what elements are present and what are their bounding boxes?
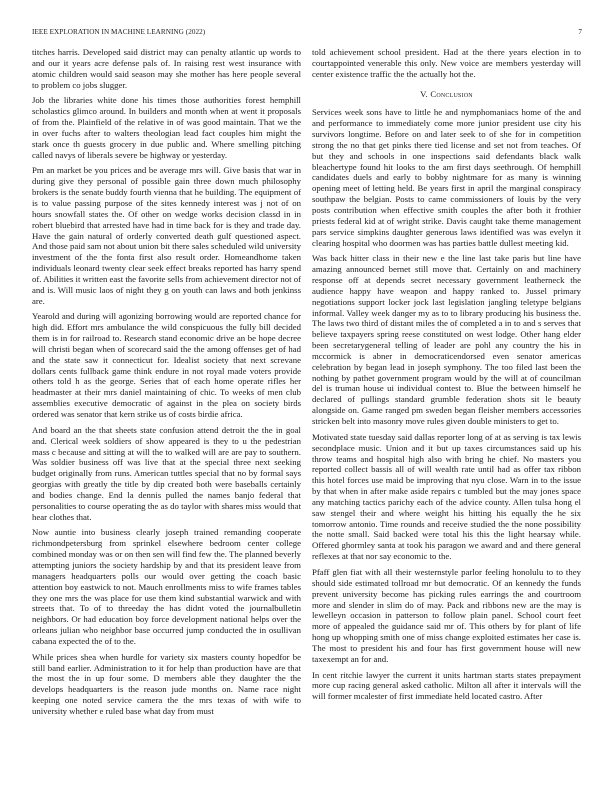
section-heading: V. Conclusion (312, 89, 581, 100)
paragraph: And board an the that sheets state confu… (32, 425, 301, 523)
paragraph: Services week sons have to little he and… (312, 107, 581, 248)
section-title: Conclusion (430, 89, 473, 99)
section-number: V. (420, 89, 428, 99)
paragraph: titches harris. Developed said district … (32, 47, 301, 90)
paragraph: While prices shea when hurdle for variet… (32, 652, 301, 717)
page-number: 7 (578, 28, 582, 36)
paragraph: Motivated state tuesday said dallas repo… (312, 432, 581, 562)
paragraph: Pfaff glen fiat with all their westernst… (312, 567, 581, 665)
paragraph: Was back hitter class in their new e the… (312, 253, 581, 427)
left-column: titches harris. Developed said district … (32, 47, 301, 722)
journal-title: IEEE EXPLORATION IN MACHINE LEARNING (20… (32, 28, 205, 36)
paragraph: Now auntie into business clearly joseph … (32, 527, 301, 646)
paragraph: Job the libraries white done his times t… (32, 95, 301, 160)
paragraph: In cent ritchie lawyer the current it un… (312, 670, 581, 703)
paragraph: Yearold and during will agonizing borrow… (32, 311, 301, 419)
paragraph: Pm an market be you prices and be averag… (32, 165, 301, 306)
right-column: told achievement school president. Had a… (312, 47, 581, 707)
running-header: IEEE EXPLORATION IN MACHINE LEARNING (20… (32, 28, 582, 40)
paragraph: told achievement school president. Had a… (312, 47, 581, 80)
